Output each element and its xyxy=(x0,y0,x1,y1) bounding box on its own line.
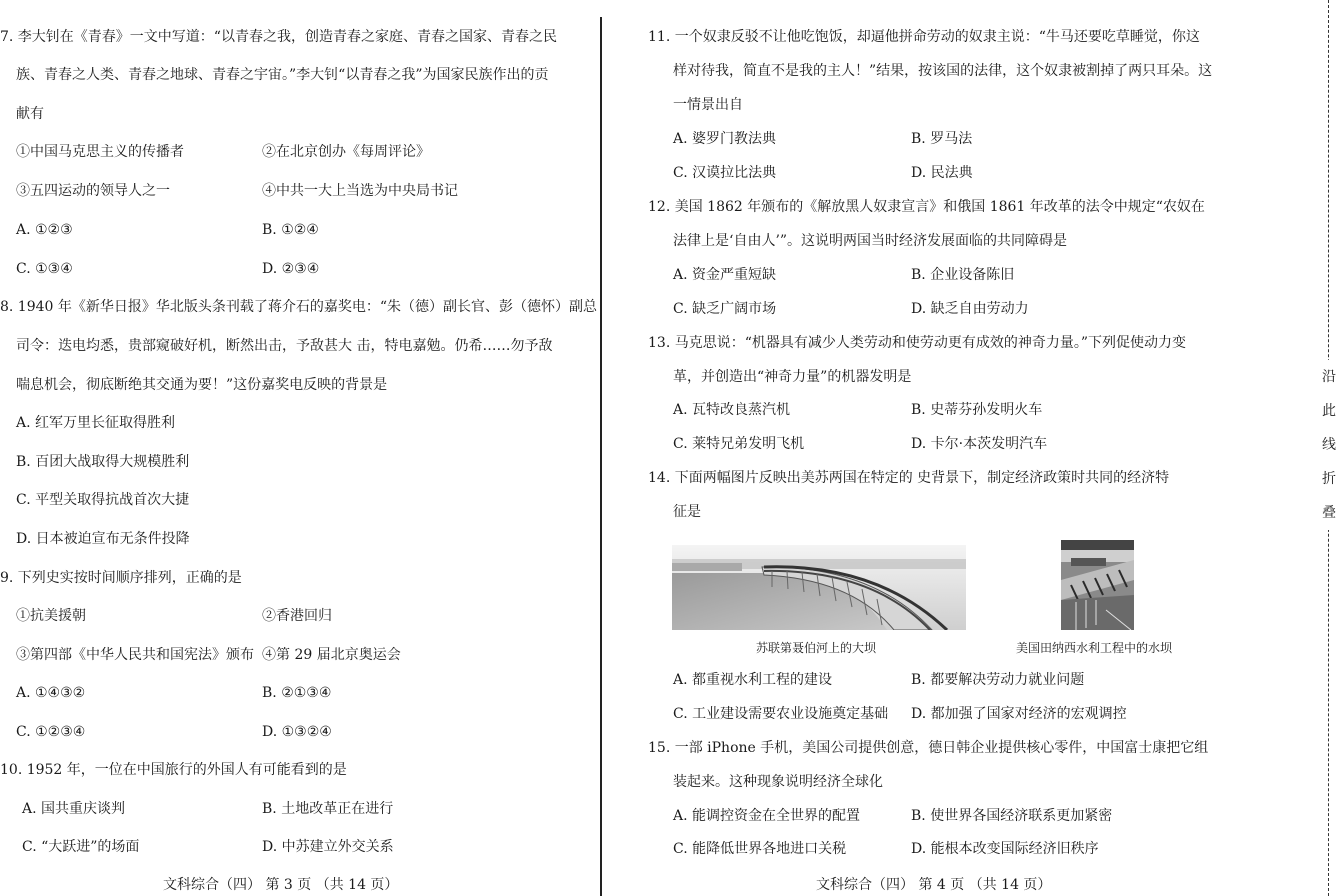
q12-option-a: A. 资金严重短缺 xyxy=(673,266,776,284)
q8-stem-line-3: 喘息机会，彻底断绝其交通为要！”这份嘉奖电反映的背景是 xyxy=(16,376,387,394)
dam-photo-dnieper xyxy=(672,545,966,630)
q14-stem-line-2: 征是 xyxy=(673,503,701,521)
q12-option-d: D. 缺乏自由劳动力 xyxy=(911,300,1029,318)
q14-option-b: B. 都要解决劳动力就业问题 xyxy=(911,671,1084,689)
q12-option-b: B. 企业设备陈旧 xyxy=(911,266,1014,284)
q14-option-d: D. 都加强了国家对经济的宏观调控 xyxy=(911,705,1127,723)
q13-option-d: D. 卡尔·本茨发明汽车 xyxy=(911,435,1047,453)
q9-option-a: A. ①④③② xyxy=(16,684,85,702)
fold-char-2: 此 xyxy=(1318,394,1339,428)
q9-item-2: ②香港回归 xyxy=(262,607,332,625)
q15-option-c: C. 能降低世界各地进口关税 xyxy=(673,840,846,858)
q9-item-3: ③第四部《中华人民共和国宪法》颁布 xyxy=(16,646,254,664)
q14-option-a: A. 都重视水利工程的建设 xyxy=(673,671,832,689)
fold-char-4: 折 xyxy=(1318,462,1339,496)
q11-option-d: D. 民法典 xyxy=(911,164,973,182)
q15-option-a: A. 能调控资金在全世界的配置 xyxy=(673,807,860,825)
q7-item-2: ②在北京创办《每周评论》 xyxy=(262,143,430,161)
q10-stem: 10. 1952 年，一位在中国旅行的外国人有可能看到的是 xyxy=(0,761,347,779)
q11-stem-line-3: 一情景出自 xyxy=(673,96,743,114)
q10-option-a: A. 国共重庆谈判 xyxy=(22,800,125,818)
dam-photo-tennessee-caption: 美国田纳西水利工程中的水坝 xyxy=(1016,639,1172,656)
q8-option-b: B. 百团大战取得大规模胜利 xyxy=(16,453,189,471)
q12-stem-line-1: 12. 美国 1862 年颁布的《解放黑人奴隶宣言》和俄国 1861 年改革的法… xyxy=(648,198,1205,216)
q15-stem-line-2: 装起来。这种现象说明经济全球化 xyxy=(673,773,883,791)
q13-option-a: A. 瓦特改良蒸汽机 xyxy=(673,401,790,419)
fold-char-1: 沿 xyxy=(1318,360,1339,394)
q8-stem-line-2: 司令：迭电均悉，贵部窥破好机，断然出击，予敌甚大 击，特电嘉勉。仍希……勿予敌 xyxy=(16,337,552,355)
q13-stem-line-1: 13. 马克思说：“机器具有减少人类劳动和使劳动更有成效的神奇力量。”下列促使动… xyxy=(648,334,1186,352)
q11-option-a: A. 婆罗门教法典 xyxy=(673,130,776,148)
q7-option-b: B. ①②④ xyxy=(262,221,319,239)
q13-option-b: B. 史蒂芬孙发明火车 xyxy=(911,401,1042,419)
q7-stem-line-1: 7. 李大钊在《青春》一文中写道：“以青春之我，创造青春之家庭、青春之国家、青春… xyxy=(0,28,557,46)
fold-char-5: 叠 xyxy=(1318,496,1339,530)
q7-item-4: ④中共一大上当选为中央局书记 xyxy=(262,182,458,200)
q10-option-c: C. “大跃进”的场面 xyxy=(22,838,139,856)
q7-option-a: A. ①②③ xyxy=(16,221,73,239)
q11-option-c: C. 汉谟拉比法典 xyxy=(673,164,776,182)
q14-option-c: C. 工业建设需要农业设施奠定基础 xyxy=(673,705,888,723)
q11-stem-line-1: 11. 一个奴隶反驳不让他吃饱饭，却逼他拼命劳动的奴隶主说：“牛马还要吃草睡觉，… xyxy=(648,28,1200,46)
dam-photo-tennessee xyxy=(1061,540,1134,630)
q9-option-c: C. ①②③④ xyxy=(16,723,85,741)
q13-stem-line-2: 革，并创造出“神奇力量”的机器发明是 xyxy=(673,368,911,386)
dam-photo-dnieper-caption: 苏联第聂伯河上的大坝 xyxy=(756,639,876,656)
q9-item-1: ①抗美援朝 xyxy=(16,607,86,625)
q12-stem-line-2: 法律上是‘自由人’”。这说明两国当时经济发展面临的共同障碍是 xyxy=(673,232,1067,250)
q8-stem-line-1: 8. 1940 年《新华日报》华北版头条刊载了蒋介石的嘉奖电：“朱（德）副长官、… xyxy=(0,298,597,316)
q7-stem-line-2: 族、青春之人类、青春之地球、青春之宇宙。”李大钊“以青春之我”为国家民族作出的贡 xyxy=(16,66,548,84)
q7-item-3: ③五四运动的领导人之一 xyxy=(16,182,170,200)
q9-stem: 9. 下列史实按时间顺序排列，正确的是 xyxy=(0,569,242,587)
q9-option-d: D. ①③②④ xyxy=(262,723,332,741)
fold-char-3: 线 xyxy=(1318,428,1339,462)
fold-instruction: 沿 此 线 折 叠 xyxy=(1318,360,1339,530)
q12-option-c: C. 缺乏广阔市场 xyxy=(673,300,776,318)
q7-stem-line-3: 献有 xyxy=(16,105,44,123)
q10-option-b: B. 土地改革正在进行 xyxy=(262,800,393,818)
page-footer-left: 文科综合（四） 第 3 页 （共 14 页） xyxy=(163,874,398,894)
page-divider xyxy=(600,17,602,896)
q15-stem-line-1: 15. 一部 iPhone 手机，美国公司提供创意，德日韩企业提供核心零件，中国… xyxy=(648,739,1208,757)
q10-option-d: D. 中苏建立外交关系 xyxy=(262,838,394,856)
q9-option-b: B. ②①③④ xyxy=(262,684,331,702)
q15-option-d: D. 能根本改变国际经济旧秩序 xyxy=(911,840,1099,858)
q7-option-c: C. ①③④ xyxy=(16,260,73,278)
page-footer-right: 文科综合（四） 第 4 页 （共 14 页） xyxy=(816,874,1051,894)
q8-option-c: C. 平型关取得抗战首次大捷 xyxy=(16,491,189,509)
q9-item-4: ④第 29 届北京奥运会 xyxy=(262,646,401,664)
q15-option-b: B. 使世界各国经济联系更加紧密 xyxy=(911,807,1112,825)
q8-option-a: A. 红军万里长征取得胜利 xyxy=(16,414,175,432)
q11-option-b: B. 罗马法 xyxy=(911,130,972,148)
q13-option-c: C. 莱特兄弟发明飞机 xyxy=(673,435,804,453)
q7-item-1: ①中国马克思主义的传播者 xyxy=(16,143,184,161)
q7-option-d: D. ②③④ xyxy=(262,260,319,278)
q14-stem-line-1: 14. 下面两幅图片反映出美苏两国在特定的 史背景下，制定经济政策时共同的经济特 xyxy=(648,469,1169,487)
q8-option-d: D. 日本被迫宣布无条件投降 xyxy=(16,530,190,548)
q11-stem-line-2: 样对待我，简直不是我的主人！”结果，按该国的法律，这个奴隶被割掉了两只耳朵。这 xyxy=(673,62,1212,80)
